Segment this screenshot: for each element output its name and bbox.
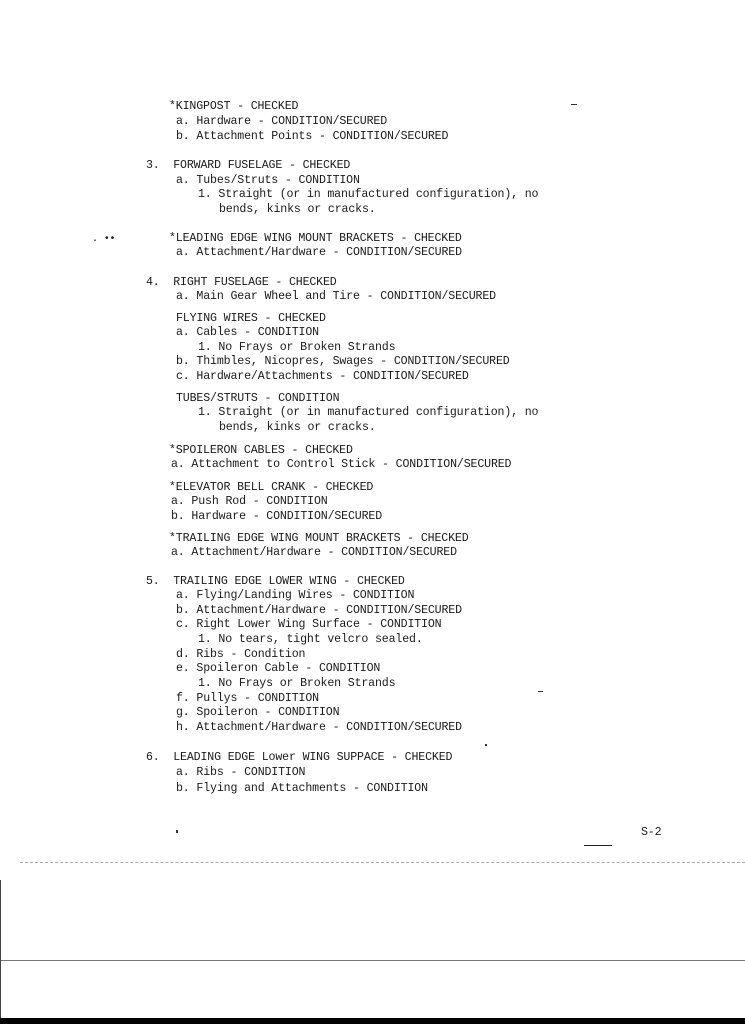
scan-speck — [485, 744, 487, 746]
checklist-line: f. Pullys - CONDITION — [176, 692, 319, 706]
checklist-line: 1. Straight (or in manufactured configur… — [198, 188, 538, 202]
checklist-line: a. Flying/Landing Wires - CONDITION — [176, 589, 414, 603]
checklist-line: *TRAILING EDGE WING MOUNT BRACKETS - CHE… — [169, 532, 469, 546]
checklist-line: a. Ribs - CONDITION — [176, 766, 305, 780]
scan-bottom-edge — [0, 1018, 745, 1024]
checklist-line: h. Attachment/Hardware - CONDITION/SECUR… — [176, 721, 462, 735]
checklist-line: d. Ribs - Condition — [176, 648, 305, 662]
checklist-line: 1. No tears, tight velcro sealed. — [198, 633, 423, 647]
page-number: S-2 — [641, 826, 661, 840]
scan-speck — [538, 691, 543, 692]
checklist-line: b. Attachment/Hardware - CONDITION/SECUR… — [176, 604, 462, 618]
stray-marks: . •• — [92, 233, 115, 247]
checklist-line: g. Spoileron - CONDITION — [176, 706, 339, 720]
checklist-line: a. Attachment/Hardware - CONDITION/SECUR… — [176, 246, 462, 260]
checklist-line: 4. RIGHT FUSELAGE - CHECKED — [146, 276, 337, 290]
scan-rule-line — [0, 960, 745, 961]
checklist-line: b. Attachment Points - CONDITION/SECURED — [176, 130, 448, 144]
checklist-line: c. Hardware/Attachments - CONDITION/SECU… — [176, 370, 469, 384]
scan-dashed-line — [20, 862, 745, 864]
checklist-line: 1. Straight (or in manufactured configur… — [198, 406, 538, 420]
scan-speck — [571, 104, 577, 105]
checklist-line: *LEADING EDGE WING MOUNT BRACKETS - CHEC… — [169, 232, 462, 246]
checklist-line: 5. TRAILING EDGE LOWER WING - CHECKED — [146, 575, 405, 589]
checklist-line: TUBES/STRUTS - CONDITION — [176, 392, 339, 406]
checklist-line: *ELEVATOR BELL CRANK - CHECKED — [169, 481, 373, 495]
checklist-line: b. Thimbles, Nicopres, Swages - CONDITIO… — [176, 355, 510, 369]
checklist-line: FLYING WIRES - CHECKED — [176, 312, 326, 326]
checklist-line: *KINGPOST - CHECKED — [169, 100, 298, 114]
checklist-line: 6. LEADING EDGE Lower WING SUPPACE - CHE… — [146, 751, 452, 765]
scan-left-edge — [0, 880, 1, 1020]
checklist-line: bends, kinks or cracks. — [219, 203, 376, 217]
checklist-line: a. Hardware - CONDITION/SECURED — [176, 115, 387, 129]
checklist-line: e. Spoileron Cable - CONDITION — [176, 662, 380, 676]
checklist-line: b. Hardware - CONDITION/SECURED — [171, 510, 382, 524]
checklist-line: a. Tubes/Struts - CONDITION — [176, 174, 360, 188]
checklist-line: a. Attachment to Control Stick - CONDITI… — [171, 458, 511, 472]
scan-speck — [176, 830, 178, 833]
checklist-line: a. Push Rod - CONDITION — [171, 495, 328, 509]
checklist-line: 1. No Frays or Broken Strands — [198, 341, 395, 355]
page-number-underline — [584, 845, 612, 846]
checklist-line: a. Cables - CONDITION — [176, 326, 319, 340]
checklist-line: 3. FORWARD FUSELAGE - CHECKED — [146, 159, 350, 173]
checklist-line: 1. No Frays or Broken Strands — [198, 677, 395, 691]
checklist-line: bends, kinks or cracks. — [219, 421, 376, 435]
checklist-line: *SPOILERON CABLES - CHECKED — [169, 444, 353, 458]
checklist-line: c. Right Lower Wing Surface - CONDITION — [176, 618, 442, 632]
checklist-line: a. Main Gear Wheel and Tire - CONDITION/… — [176, 290, 496, 304]
checklist-line: a. Attachment/Hardware - CONDITION/SECUR… — [171, 546, 457, 560]
checklist-line: b. Flying and Attachments - CONDITION — [176, 782, 428, 796]
